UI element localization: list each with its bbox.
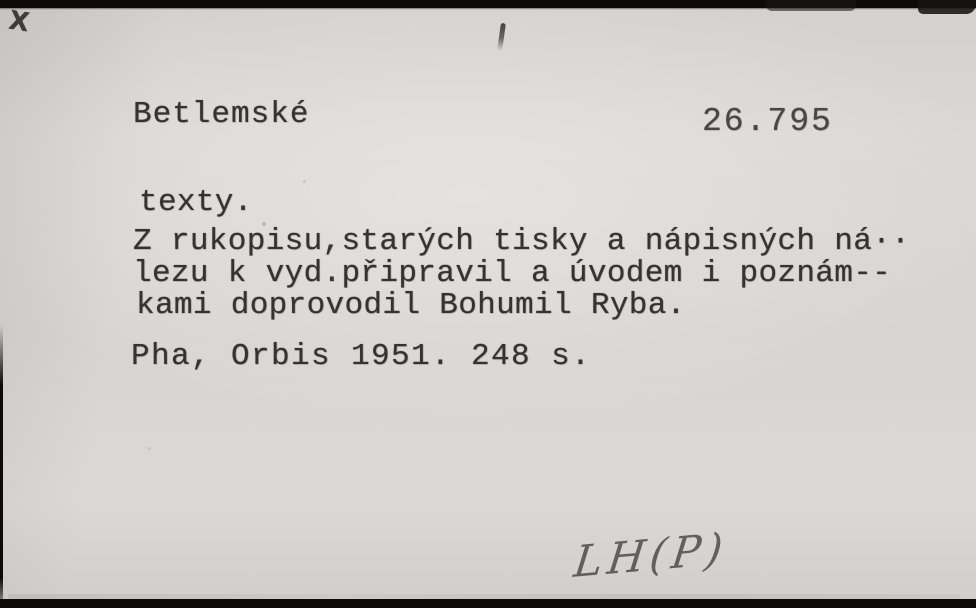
paper-speck: [262, 222, 266, 226]
scan-edge-left: [0, 325, 3, 600]
handwritten-x-mark: X: [7, 6, 31, 39]
imprint-line: Pha, Orbis 1951. 248 s.: [131, 341, 591, 373]
paper-speck: [148, 447, 151, 450]
paper-speck: [303, 180, 306, 183]
card-subtitle: texty.: [139, 187, 253, 219]
handwritten-note: LH(P): [571, 524, 730, 588]
ink-stroke-mark: [497, 23, 506, 51]
scan-edge-bottom: [0, 599, 976, 608]
card-heading: Betlemské: [133, 99, 309, 131]
body-line: lezu k vyd.připravil a úvodem i poznám--: [133, 258, 891, 290]
body-line: Z rukopisu,starých tisky a nápisných ná·…: [133, 226, 910, 258]
scan-edge-top-smudge: [766, 0, 856, 11]
scan-edge-top-right-smudge: [918, 0, 976, 14]
body-line: kami doprovodil Bohumil Ryba.: [136, 290, 686, 322]
call-number: 26.795: [702, 106, 833, 138]
catalog-card: X Betlemské 26.795 texty. Z rukopisu,sta…: [0, 0, 976, 608]
